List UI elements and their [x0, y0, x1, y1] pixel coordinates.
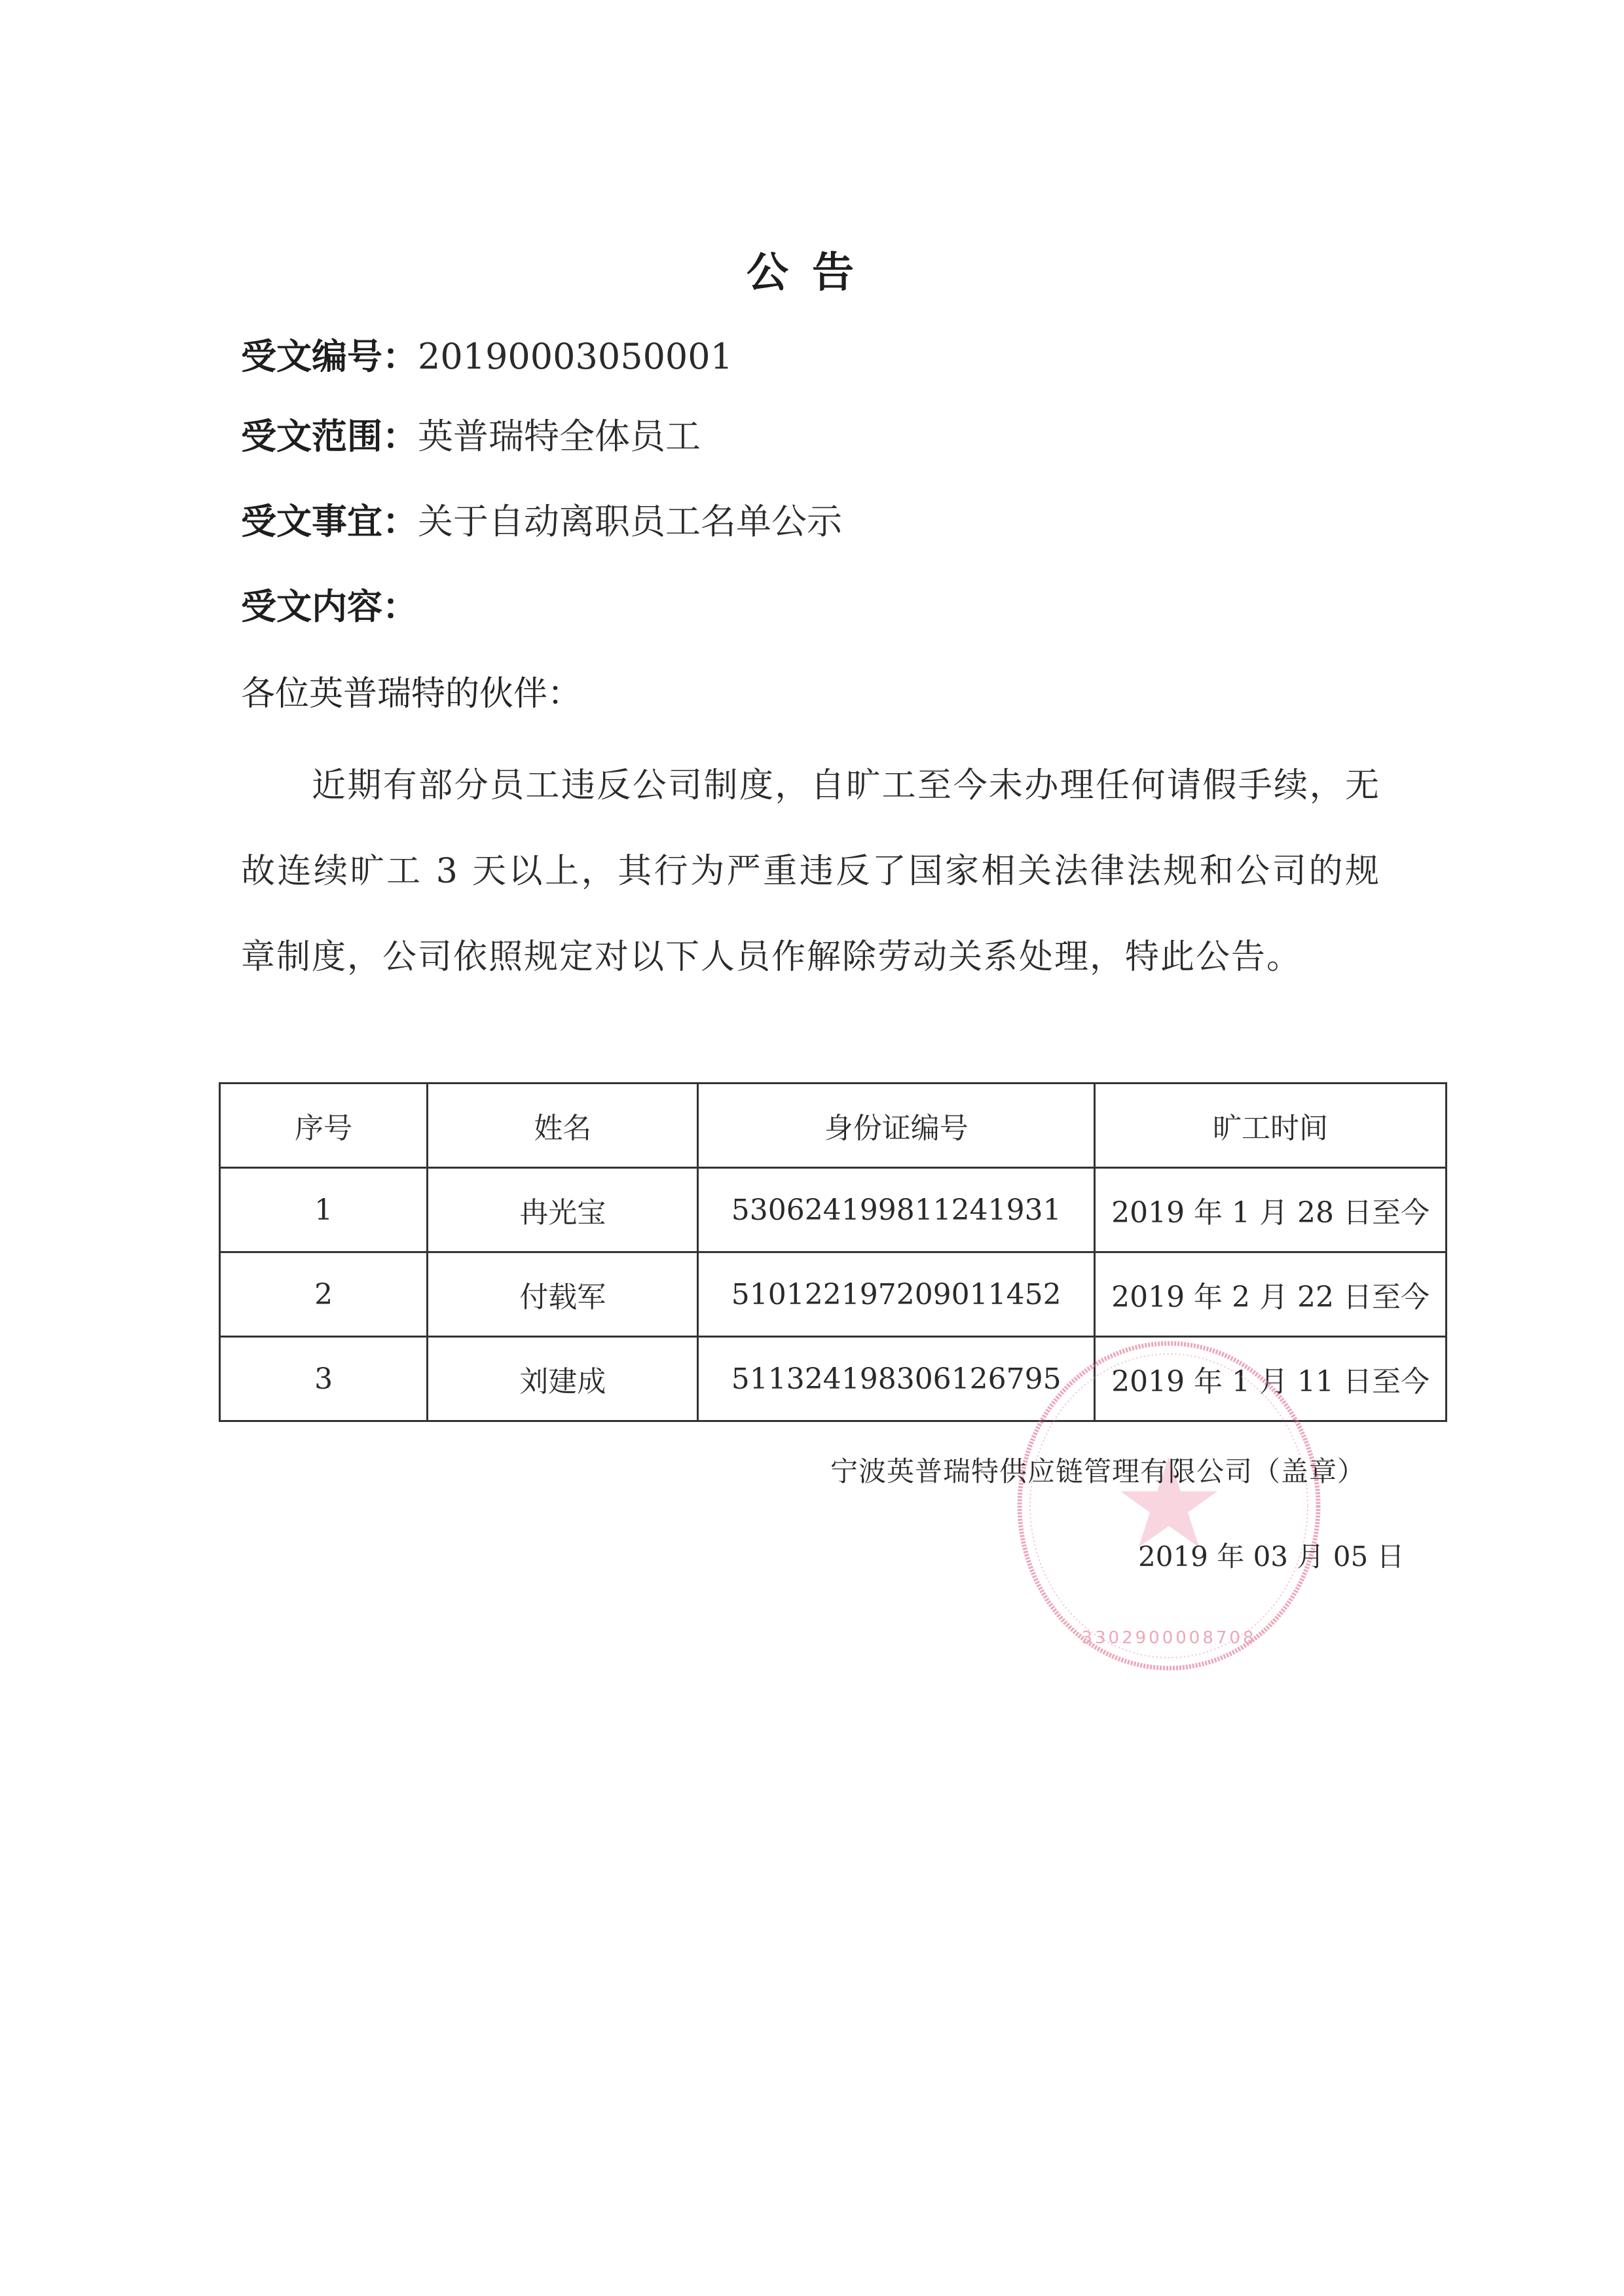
meta-label: 受文范围：: [241, 416, 418, 457]
meta-label: 受文内容：: [241, 586, 418, 627]
signature-date: 2019 年 03 月 05 日: [1138, 1535, 1405, 1575]
header-id: 身份证编号: [698, 1084, 1095, 1168]
meta-value: 英普瑞特全体员工: [418, 416, 701, 457]
cell-period: 2019 年 1 月 28 日至今: [1095, 1168, 1447, 1252]
header-name: 姓名: [428, 1084, 698, 1168]
meta-label: 受文编号：: [241, 336, 418, 377]
cell-no: 3: [220, 1337, 428, 1421]
meta-subject: 受文事宜：关于自动离职员工名单公示: [241, 499, 842, 545]
svg-text:3302900008708: 3302900008708: [1081, 1628, 1256, 1648]
page-title: 公告: [0, 239, 1624, 299]
company-seal-icon: 3302900008708: [1012, 1336, 1326, 1676]
cell-period: 2019 年 2 月 22 日至今: [1095, 1252, 1447, 1337]
cell-no: 2: [220, 1252, 428, 1337]
notice-body: 近期有部分员工违反公司制度，自旷工至今未办理任何请假手续，无故连续旷工 3 天以…: [241, 743, 1380, 1000]
meta-document-number: 受文编号：20190003050001: [241, 334, 733, 380]
company-signature: 宁波英普瑞特供应链管理有限公司（盖章）: [830, 1450, 1365, 1489]
greeting: 各位英普瑞特的伙伴：: [241, 671, 581, 717]
meta-value: 关于自动离职员工名单公示: [418, 501, 842, 542]
header-no: 序号: [220, 1084, 428, 1168]
cell-name: 付载军: [428, 1252, 698, 1337]
meta-content: 受文内容：: [241, 584, 418, 630]
meta-scope: 受文范围：英普瑞特全体员工: [241, 414, 701, 460]
cell-name: 刘建成: [428, 1337, 698, 1421]
table-row: 2 付载军 510122197209011452 2019 年 2 月 22 日…: [220, 1252, 1447, 1337]
cell-name: 冉光宝: [428, 1168, 698, 1252]
meta-value: 20190003050001: [418, 336, 733, 377]
cell-id: 510122197209011452: [698, 1252, 1095, 1337]
cell-id: 530624199811241931: [698, 1168, 1095, 1252]
cell-no: 1: [220, 1168, 428, 1252]
meta-label: 受文事宜：: [241, 501, 418, 542]
table-row: 1 冉光宝 530624199811241931 2019 年 1 月 28 日…: [220, 1168, 1447, 1252]
table-header-row: 序号 姓名 身份证编号 旷工时间: [220, 1084, 1447, 1168]
header-period: 旷工时间: [1095, 1084, 1447, 1168]
